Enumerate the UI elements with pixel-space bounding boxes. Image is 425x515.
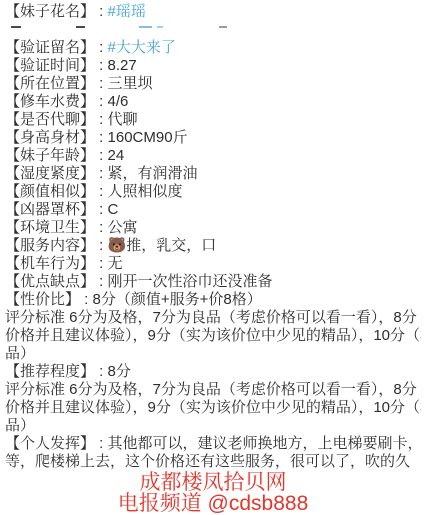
- field-separator: :: [95, 435, 108, 452]
- field-label: 【颜值相似】: [5, 183, 95, 200]
- field-separator: :: [95, 183, 108, 200]
- field-value: 公寓: [108, 219, 138, 236]
- field-value: 紧，有润滑油: [108, 165, 198, 182]
- field-label: 【妹子年龄】: [5, 147, 95, 164]
- field-label: 【妹子花名】: [5, 3, 95, 20]
- field-value: 代聊: [108, 111, 138, 128]
- watermark-line-2: 电报频道 @cdsb888: [5, 493, 421, 514]
- field-separator: :: [95, 147, 108, 164]
- rating-note-line: 品）: [5, 345, 421, 363]
- redaction-mark: [219, 26, 227, 28]
- field-value: 8分: [108, 363, 131, 380]
- field-row: 【个人发挥】 : 其他都可以，建议老师换地方，上电梯要刷卡，我没: [5, 435, 421, 453]
- field-row: 【凶器罩杯】 : C: [5, 201, 421, 219]
- field-row: 【是否代聊】 : 代聊: [5, 111, 421, 129]
- field-separator: :: [95, 237, 108, 254]
- field-row: 【服务内容】 : 🐻推，乳交，口: [5, 237, 421, 255]
- field-row: 【性价比】 : 8分（颜值+服务+价8格）: [5, 291, 421, 309]
- field-separator: :: [95, 219, 108, 236]
- field-row: 【验证时间】 : 8.27: [5, 57, 421, 75]
- field-value: 8分（颜值+服务+价8格）: [93, 291, 262, 308]
- field-value: C: [108, 201, 119, 218]
- field-value-continuation: 等，爬楼梯上去，这个价格还有这些服务，很可以了，吹的久: [5, 453, 421, 471]
- field-separator: :: [95, 75, 108, 92]
- field-separator: :: [95, 111, 108, 128]
- field-label: 【个人发挥】: [5, 435, 95, 452]
- rating-note-line: 价格并且建议体验），9分（实为该价位中少见的精品），10分（极: [5, 327, 421, 345]
- field-label: 【验证时间】: [5, 57, 95, 74]
- field-label: 【机车行为】: [5, 255, 95, 272]
- rating-note-line: 价格并且建议体验），9分（实为该价位中少见的精品），10分（极: [5, 399, 421, 417]
- field-label: 【凶器罩杯】: [5, 201, 95, 218]
- redaction-mark: [157, 26, 163, 28]
- redaction-mark: [139, 26, 152, 28]
- field-separator: :: [95, 165, 108, 182]
- field-label: 【验证留名】: [5, 39, 95, 56]
- field-value: 人照相似度: [108, 183, 183, 200]
- watermark: 成都楼凤拾贝网 电报频道 @cdsb888: [5, 472, 421, 514]
- rating-note-line: 评分标准 6分为及格，7分为良品（考虑价格可以看一看），8分（值得: [5, 381, 421, 399]
- field-row: 【妹子年龄】 : 24: [5, 147, 421, 165]
- field-separator: :: [95, 273, 108, 290]
- field-row: 【湿度紧度】 : 紧，有润滑油: [5, 165, 421, 183]
- watermark-line-1: 成都楼凤拾贝网: [5, 472, 421, 493]
- field-separator: :: [95, 255, 108, 272]
- field-separator: :: [95, 57, 108, 74]
- field-row: 【机车行为】 : 无: [5, 255, 421, 273]
- field-value: 24: [108, 147, 125, 164]
- field-separator: :: [95, 3, 108, 20]
- redaction-mark: [11, 26, 21, 28]
- field-value: 无: [108, 255, 123, 272]
- rating-note-line: 品）: [5, 417, 421, 435]
- redacted-row: [5, 21, 421, 39]
- field-separator: :: [95, 201, 108, 218]
- field-label: 【是否代聊】: [5, 111, 95, 128]
- hashtag-link[interactable]: #瑶瑶: [108, 3, 146, 20]
- field-separator: :: [80, 291, 93, 308]
- field-label: 【推荐程度】: [5, 363, 95, 380]
- field-separator: :: [95, 39, 108, 56]
- field-label: 【性价比】: [5, 291, 80, 308]
- field-value: 其他都可以，建议老师换地方，上电梯要刷卡，我没: [108, 435, 421, 452]
- field-list: 【妹子花名】 : #瑶瑶 【验证留名】 : #大大来了 【验证时间】 : 8.2…: [5, 3, 421, 471]
- field-separator: :: [95, 363, 108, 380]
- field-separator: :: [95, 129, 108, 146]
- field-label: 【服务内容】: [5, 237, 95, 254]
- field-row: 【所在位置】 : 三里坝: [5, 75, 421, 93]
- field-label: 【环境卫生】: [5, 219, 95, 236]
- redaction-mark: [76, 26, 85, 28]
- field-row: 【推荐程度】 : 8分: [5, 363, 421, 381]
- field-separator: :: [95, 93, 108, 110]
- field-row: 【身高身材】 : 160CM90斤: [5, 129, 421, 147]
- review-post: 【妹子花名】 : #瑶瑶 【验证留名】 : #大大来了 【验证时间】 : 8.2…: [0, 0, 425, 514]
- field-label: 【修车水费】: [5, 93, 95, 110]
- field-value: 刚开一次性浴巾还没准备: [108, 273, 273, 290]
- field-value: 三里坝: [108, 75, 153, 92]
- field-value: 🐻推，乳交，口: [108, 237, 217, 254]
- field-label: 【优点缺点】: [5, 273, 95, 290]
- field-label: 【湿度紧度】: [5, 165, 95, 182]
- field-value: 4/6: [108, 93, 129, 110]
- field-row: 【妹子花名】 : #瑶瑶: [5, 3, 421, 21]
- field-label: 【身高身材】: [5, 129, 95, 146]
- field-row: 【优点缺点】 : 刚开一次性浴巾还没准备: [5, 273, 421, 291]
- field-row: 【颜值相似】 : 人照相似度: [5, 183, 421, 201]
- field-value: 8.27: [108, 57, 137, 74]
- hashtag-link[interactable]: #大大来了: [108, 39, 176, 56]
- field-row: 【修车水费】 : 4/6: [5, 93, 421, 111]
- field-value: 160CM90斤: [108, 129, 188, 146]
- field-row: 【环境卫生】 : 公寓: [5, 219, 421, 237]
- field-row: 【验证留名】 : #大大来了: [5, 39, 421, 57]
- rating-note-line: 评分标准 6分为及格，7分为良品（考虑价格可以看一看），8分（值得: [5, 309, 421, 327]
- field-label: 【所在位置】: [5, 75, 95, 92]
